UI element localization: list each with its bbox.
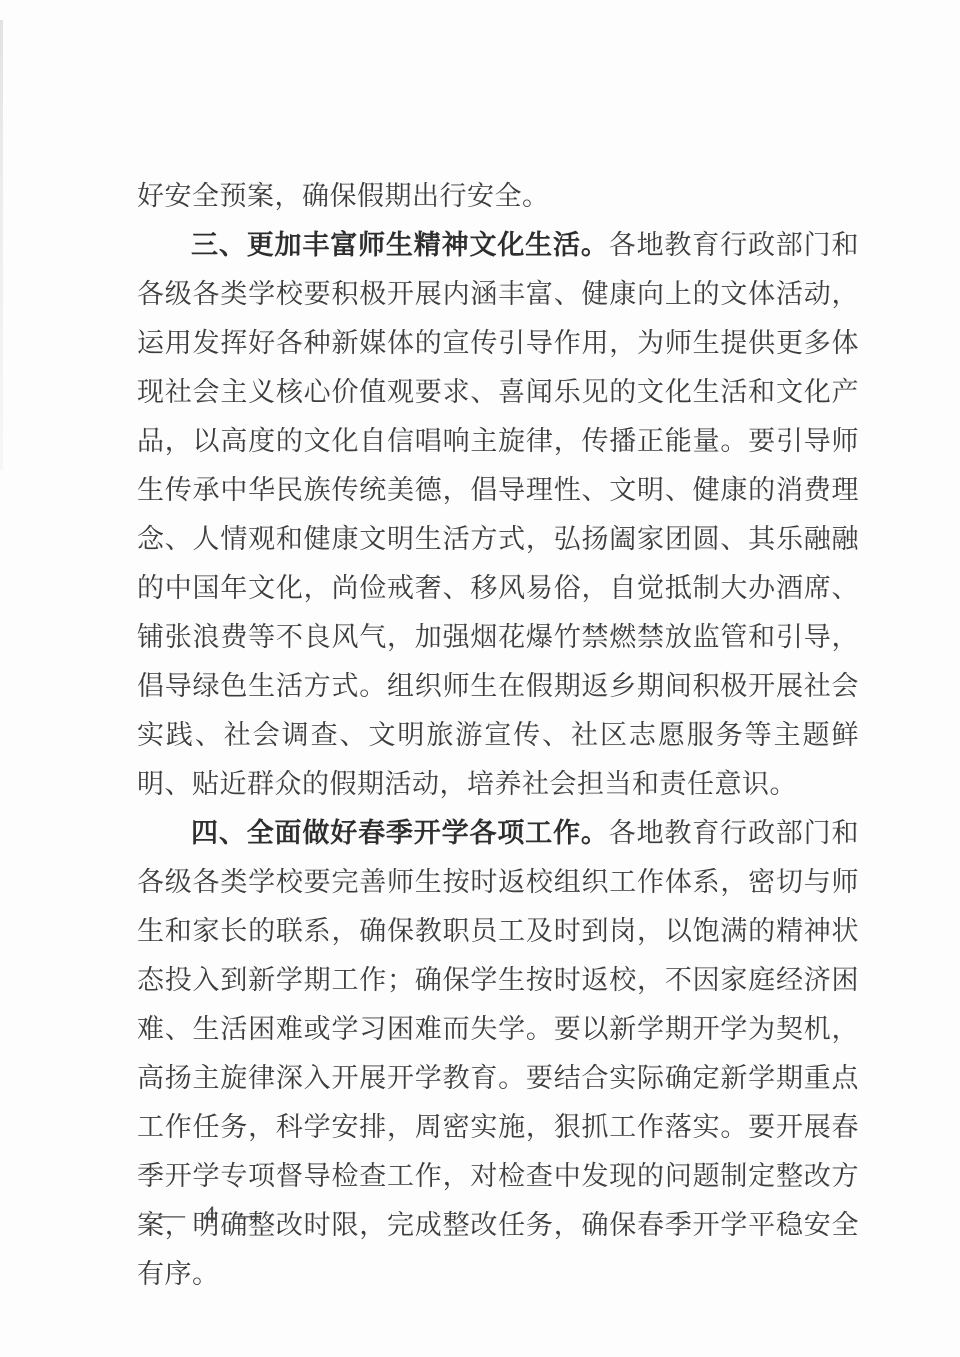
scan-edge-artifact [0, 20, 3, 470]
document-body: 好安全预案，确保假期出行安全。 三、更加丰富师生精神文化生活。各地教育行政部门和… [137, 172, 859, 1299]
paragraph-text: 好安全预案，确保假期出行安全。 [137, 181, 550, 211]
page-number: — 4 — [160, 1202, 265, 1230]
paragraph-section-3: 三、更加丰富师生精神文化生活。各地教育行政部门和各级各类学校要积极开展内涵丰富、… [137, 221, 859, 809]
section-heading: 三、更加丰富师生精神文化生活。 [191, 230, 609, 261]
document-page: 好安全预案，确保假期出行安全。 三、更加丰富师生精神文化生活。各地教育行政部门和… [0, 0, 960, 1357]
section-body-text: 各地教育行政部门和各级各类学校要积极开展内涵丰富、健康向上的文体活动，运用发挥好… [137, 230, 859, 799]
section-heading: 四、全面做好春季开学各项工作。 [191, 818, 609, 849]
paragraph-continuation: 好安全预案，确保假期出行安全。 [137, 172, 859, 221]
